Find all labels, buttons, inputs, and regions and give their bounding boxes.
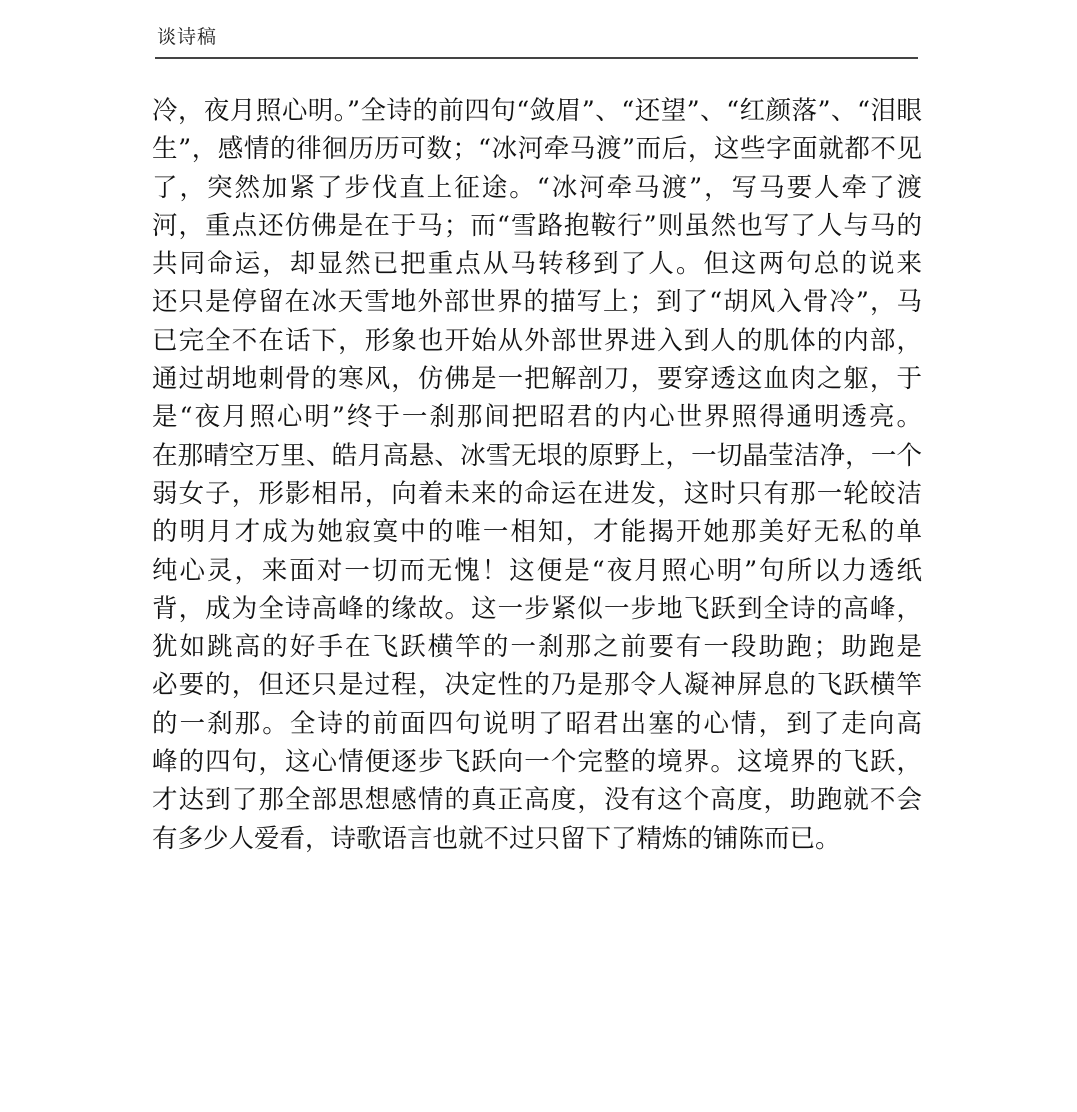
text-line: 共同命运，却显然已把重点从马转移到了人。但这两句总的说来 (152, 245, 922, 283)
header-rule (155, 57, 918, 59)
text-line: 还只是停留在冰天雪地外部世界的描写上；到了“胡风入骨冷”，马 (152, 283, 922, 321)
text-line: 已完全不在话下，形象也开始从外部世界进入到人的肌体的内部， (152, 322, 922, 360)
text-line: 河，重点还仿佛是在于马；而“雪路抱鞍行”则虽然也写了人与马的 (152, 207, 922, 245)
text-line: 纯心灵，来面对一切而无愧！这便是“夜月照心明”句所以力透纸 (152, 552, 922, 590)
text-line: 的明月才成为她寂寞中的唯一相知，才能揭开她那美好无私的单 (152, 513, 922, 551)
running-header-title: 谈诗稿 (157, 22, 217, 49)
text-line: 生”，感情的徘徊历历可数；“冰河牵马渡”而后，这些字面就都不见 (152, 130, 922, 168)
text-line: 通过胡地刺骨的寒风，仿佛是一把解剖刀，要穿透这血肉之躯，于 (152, 360, 922, 398)
text-line: 才达到了那全部思想感情的真正高度，没有这个高度，助跑就不会 (152, 781, 922, 819)
text-line: 的一刹那。全诗的前面四句说明了昭君出塞的心情，到了走向高 (152, 705, 922, 743)
text-line: 必要的，但还只是过程，决定性的乃是那令人凝神屏息的飞跃横竿 (152, 666, 922, 704)
text-line: 冷，夜月照心明。”全诗的前四句“敛眉”、“还望”、“红颜落”、“泪眼 (152, 92, 922, 130)
text-line: 峰的四句，这心情便逐步飞跃向一个完整的境界。这境界的飞跃， (152, 743, 922, 781)
text-line: 有多少人爱看，诗歌语言也就不过只留下了精炼的铺陈而已。 (152, 820, 922, 858)
text-line: 犹如跳高的好手在飞跃横竿的一刹那之前要有一段助跑；助跑是 (152, 628, 922, 666)
text-line: 在那晴空万里、皓月高悬、冰雪无垠的原野上，一切晶莹洁净，一个 (152, 437, 922, 475)
text-line: 弱女子，形影相吊，向着未来的命运在进发，这时只有那一轮皎洁 (152, 475, 922, 513)
text-line: 背，成为全诗高峰的缘故。这一步紧似一步地飞跃到全诗的高峰， (152, 590, 922, 628)
body-text: 冷，夜月照心明。”全诗的前四句“敛眉”、“还望”、“红颜落”、“泪眼 生”，感情… (152, 92, 922, 858)
text-line: 是“夜月照心明”终于一刹那间把昭君的内心世界照得通明透亮。 (152, 398, 922, 436)
text-line: 了，突然加紧了步伐直上征途。“冰河牵马渡”，写马要人牵了渡 (152, 169, 922, 207)
